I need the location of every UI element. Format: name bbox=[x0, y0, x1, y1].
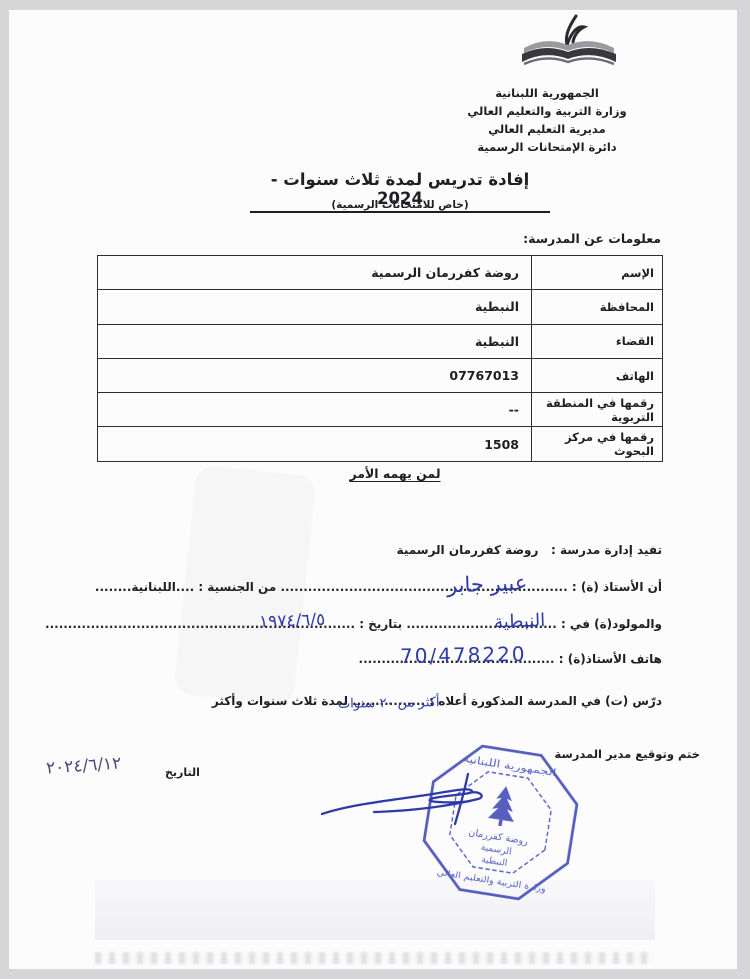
form-line-school-declares: تفيد إدارة مدرسة : روضة كفررمان الرسمية bbox=[127, 543, 662, 557]
birthdate-label: بتاريخ : bbox=[359, 617, 402, 631]
form-line-taught-duration: درّس (ت) في المدرسة المذكورة أعلاه : ...… bbox=[127, 694, 662, 708]
birthplace-dotted-field: ................................. النبطي… bbox=[406, 617, 556, 631]
row-value-governorate: النبطية bbox=[98, 290, 531, 323]
teacher-name-handwriting: عبير جابر bbox=[447, 571, 528, 598]
birthdate-dotted-field: ........................................… bbox=[45, 617, 355, 631]
form-line-teacher-name: أن الأستاذ (ة) : .......................… bbox=[127, 580, 662, 594]
nationality-value: ....اللبنانية........ bbox=[95, 580, 194, 594]
row-label-research-center-number: رقمها في مركز البحوث bbox=[531, 427, 662, 460]
table-row: القضاء النبطية bbox=[98, 324, 662, 358]
stamp-inner-line3: النبطية bbox=[481, 854, 508, 869]
teacher-name-dotted-field: ........................................… bbox=[280, 580, 567, 594]
teacher-phone-dotted-field: ........................................… bbox=[359, 652, 555, 666]
form-line-teacher-phone: هاتف الأستاذ(ة) : ......................… bbox=[127, 652, 662, 666]
ministry-line-directorate: مديرية التعليم العالي bbox=[432, 120, 662, 138]
teacher-phone-handwriting: 70/478220 bbox=[400, 642, 527, 668]
table-row: رقمها في المنطقة التربوية -- bbox=[98, 392, 662, 426]
nationality-label: من الجنسية : bbox=[198, 580, 276, 594]
row-value-phone: 07767013 bbox=[98, 359, 531, 392]
row-label-district: القضاء bbox=[531, 325, 662, 358]
teacher-name-label: أن الأستاذ (ة) : bbox=[572, 580, 662, 594]
teacher-phone-label: هاتف الأستاذ(ة) : bbox=[559, 652, 662, 666]
principal-signature bbox=[318, 768, 493, 838]
form-line-birth: والمولود(ة) في : .......................… bbox=[127, 617, 662, 631]
row-label-educational-zone-number: رقمها في المنطقة التربوية bbox=[531, 393, 662, 426]
school-declares-label: تفيد إدارة مدرسة : bbox=[551, 543, 662, 557]
taught-dotted-field: ................ أكثر من ٢٠ سنوات bbox=[352, 694, 425, 708]
ministry-open-book-logo bbox=[510, 12, 630, 82]
birthplace-label: والمولود(ة) في : bbox=[561, 617, 662, 631]
date-label: التاريخ bbox=[165, 766, 200, 779]
row-label-name: الإسم bbox=[531, 256, 662, 289]
document-subtitle: (خاص للامتحانات الرسمية) bbox=[250, 199, 550, 211]
ministry-line-ministry: وزارة التربية والتعليم العالي bbox=[432, 102, 662, 120]
row-label-phone: الهاتف bbox=[531, 359, 662, 392]
row-value-name: روضة كفررمان الرسمية bbox=[98, 256, 531, 289]
table-row: المحافظة النبطية bbox=[98, 289, 662, 323]
school-declares-value: روضة كفررمان الرسمية bbox=[397, 543, 539, 557]
row-value-research-center-number: 1508 bbox=[98, 427, 531, 460]
taught-prefix: درّس (ت) في المدرسة المذكورة أعلاه : bbox=[429, 694, 662, 708]
taught-suffix: لمدة ثلاث سنوات وأكثر bbox=[212, 694, 348, 708]
birthdate-handwriting: ١٩٧٤/٦/٥ bbox=[258, 610, 325, 632]
taught-years-handwriting: أكثر من ٢٠ سنوات bbox=[337, 695, 439, 712]
row-value-district: النبطية bbox=[98, 325, 531, 358]
birthplace-handwriting: النبطية bbox=[493, 610, 545, 633]
ministry-line-exams-dept: دائرة الإمتحانات الرسمية bbox=[432, 138, 662, 156]
ministry-line-republic: الجمهورية اللبنانية bbox=[432, 84, 662, 102]
row-label-governorate: المحافظة bbox=[531, 290, 662, 323]
school-info-table: الإسم روضة كفررمان الرسمية المحافظة النب… bbox=[97, 255, 663, 462]
table-row: الإسم روضة كفررمان الرسمية bbox=[98, 256, 662, 289]
scan-noise-strip bbox=[95, 952, 655, 964]
to-whom-heading: لمن يهمه الأمر bbox=[330, 466, 460, 481]
ministry-header: الجمهورية اللبنانية وزارة التربية والتعل… bbox=[432, 84, 662, 156]
row-value-educational-zone-number: -- bbox=[98, 393, 531, 426]
table-row: رقمها في مركز البحوث 1508 bbox=[98, 426, 662, 460]
scanned-document: الجمهورية اللبنانية وزارة التربية والتعل… bbox=[0, 0, 750, 979]
school-info-heading: معلومات عن المدرسة: bbox=[523, 231, 661, 246]
table-row: الهاتف 07767013 bbox=[98, 358, 662, 392]
